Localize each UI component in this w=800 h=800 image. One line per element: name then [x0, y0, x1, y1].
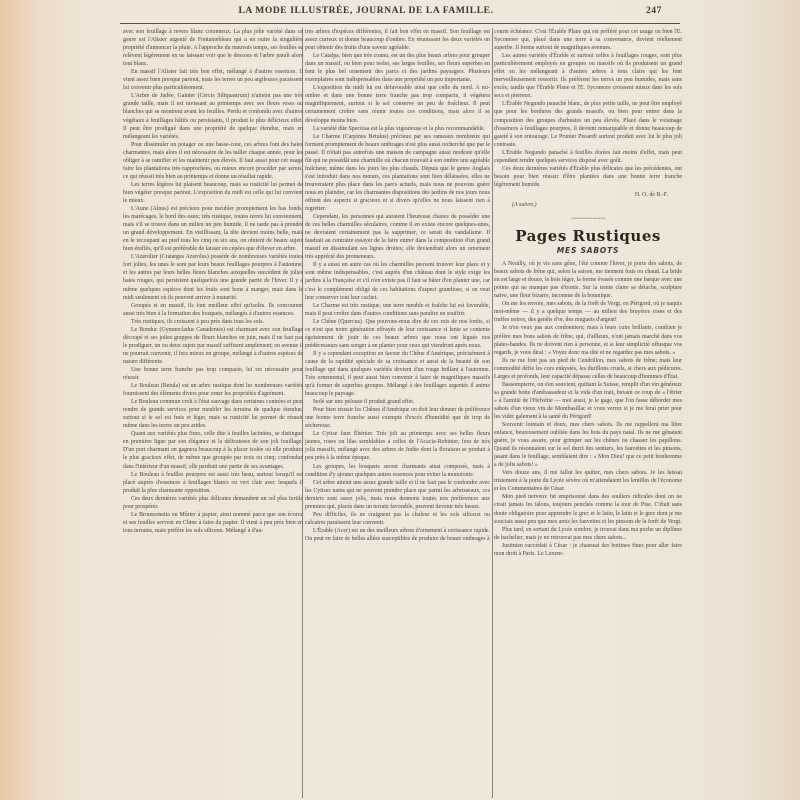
paragraph: Je n'en veux pas aux cordonniers; mais à… — [494, 324, 682, 356]
column-2: tres arbres d'espèces différentes, il fa… — [305, 28, 490, 543]
page-number: 247 — [646, 6, 662, 16]
paragraph: Le Bonduc (Gymnocladus Canadensis) est c… — [123, 326, 303, 366]
paragraph: L'Érable Negundo panaché blanc, de plus … — [494, 100, 682, 148]
paragraph: Les autres variétés d'Érable et surtout … — [494, 52, 682, 100]
author-signature: H. O. de B.-F. — [494, 191, 682, 199]
journal-title: LA MODE ILLUSTRÉE, JOURNAL DE LA FAMILLE… — [146, 6, 586, 16]
paragraph: Bassompierre, on s'en souvient, quittant… — [494, 381, 682, 421]
newspaper-page: LA MODE ILLUSTRÉE, JOURNAL DE LA FAMILLE… — [0, 0, 800, 800]
paragraph: Le Bouleau à feuilles pourpres est aussi… — [123, 471, 303, 495]
paragraph: L'exposition du midi lui est défavorable… — [305, 84, 490, 124]
paragraph: La variété dite Speciosa est la plus vig… — [305, 125, 490, 133]
paragraph: L'Arbre de Judée, Gainier (Cercis Siliqu… — [123, 92, 303, 140]
header-rule — [120, 23, 680, 24]
paragraph: Cet arbre atteint une assez grande taill… — [305, 479, 490, 511]
paragraph: Ces deux dernières variétés plus délicat… — [123, 495, 303, 511]
paragraph: Isolé sur une pelouse il produit grand e… — [305, 398, 490, 406]
paragraph: L'Azerolier (Cratægus Azerolus) possède … — [123, 253, 303, 301]
paragraph: Pour bien réussir les Chênes d'Amérique … — [305, 406, 490, 430]
paragraph: Le Bouleau commun croît à l'état sauvage… — [123, 398, 303, 430]
to-be-continued: (A suivre.) — [494, 201, 682, 209]
paragraph: Cependant, les personnes qui auraient l'… — [305, 213, 490, 261]
ornament-divider-icon: ~~~~~~~~~~~~ — [494, 215, 682, 223]
paragraph: Groupés et en massif, ils font meilleur … — [123, 302, 303, 318]
page-header: LA MODE ILLUSTRÉE, JOURNAL DE LA FAMILLE… — [118, 4, 708, 20]
paragraph: Le Chêne (Quercus). Que pouvons-nous dir… — [305, 318, 490, 350]
section-subtitle: MES SABOTS — [494, 245, 682, 256]
paragraph: Le Catalpa, bien que très connu, est un … — [305, 52, 490, 84]
paragraph: On me les envoie, mes sabots, de la forê… — [494, 300, 682, 324]
paragraph: Les terres légères lui plaisent beaucoup… — [123, 181, 303, 205]
paragraph: En massif l'Alisier fait très bon effet,… — [123, 68, 303, 92]
paragraph: Les groupes, les bosquets seront charman… — [305, 463, 490, 479]
paragraph: L'Érable Negundo panaché à feuilles doré… — [494, 149, 682, 165]
paragraph: Justinien succédait à César : je chaussa… — [494, 542, 682, 558]
paragraph: Le Broussonetia ou Mûrier à papier, ains… — [123, 511, 303, 535]
column-1: avec son feuillage à revers blanc cotonn… — [123, 28, 303, 535]
paragraph: Il y a cependant exception en faveur du … — [305, 350, 490, 398]
paragraph: L'Érable (Acer) est un des meilleurs arb… — [305, 527, 490, 543]
paragraph: Le Cytise faux Ébénier. Très joli au pri… — [305, 430, 490, 462]
paragraph: Le Charme (Carpinus Betulus) précieux pa… — [305, 133, 490, 213]
paragraph: courte échéance. C'est l'Érable Plane qu… — [494, 28, 682, 52]
paragraph: tres arbres d'espèces différentes, il fa… — [305, 28, 490, 52]
paragraph: Ils ne me font pas un pied de Cendrillon… — [494, 357, 682, 381]
column-3: courte échéance. C'est l'Érable Plane qu… — [494, 28, 682, 558]
paragraph: Le Charme est très rustique, une terre m… — [305, 302, 490, 318]
column-divider — [492, 28, 493, 798]
paragraph: Peu difficiles, ils ne craignent pas la … — [305, 511, 490, 527]
paragraph: Souvenir lointain et doux, mes chers sab… — [494, 421, 682, 469]
paragraph: Quant aux variétés plus fines, celle dit… — [123, 430, 303, 470]
paragraph: Pour dissimuler un potager ou une basse-… — [123, 141, 303, 181]
paragraph: Il y a aussi un autre cas où les charmil… — [305, 261, 490, 301]
paragraph: A Neuilly, où je vis sans gêne, l'été co… — [494, 260, 682, 300]
paragraph: Plus tard, en sortant du Lycée sombre, j… — [494, 526, 682, 542]
paragraph: Très rustiques, ils croissent à peu près… — [123, 318, 303, 326]
paragraph: Ces deux dernières variétés d'Érable plu… — [494, 165, 682, 189]
paragraph: Mon pied nerveux fut emprisonné dans des… — [494, 493, 682, 525]
paragraph: L'Aune (Alnus) est précieux pour meubler… — [123, 205, 303, 253]
paragraph: avec son feuillage à revers blanc cotonn… — [123, 28, 303, 68]
section-title: Pages Rustiques — [494, 227, 682, 245]
paragraph: Le Bouleau (Betula) est un arbre rustiqu… — [123, 382, 303, 398]
paragraph: Vers douze ans, il me fallut les quitter… — [494, 469, 682, 493]
paragraph: Une bonne terre franche pas trop compact… — [123, 366, 303, 382]
